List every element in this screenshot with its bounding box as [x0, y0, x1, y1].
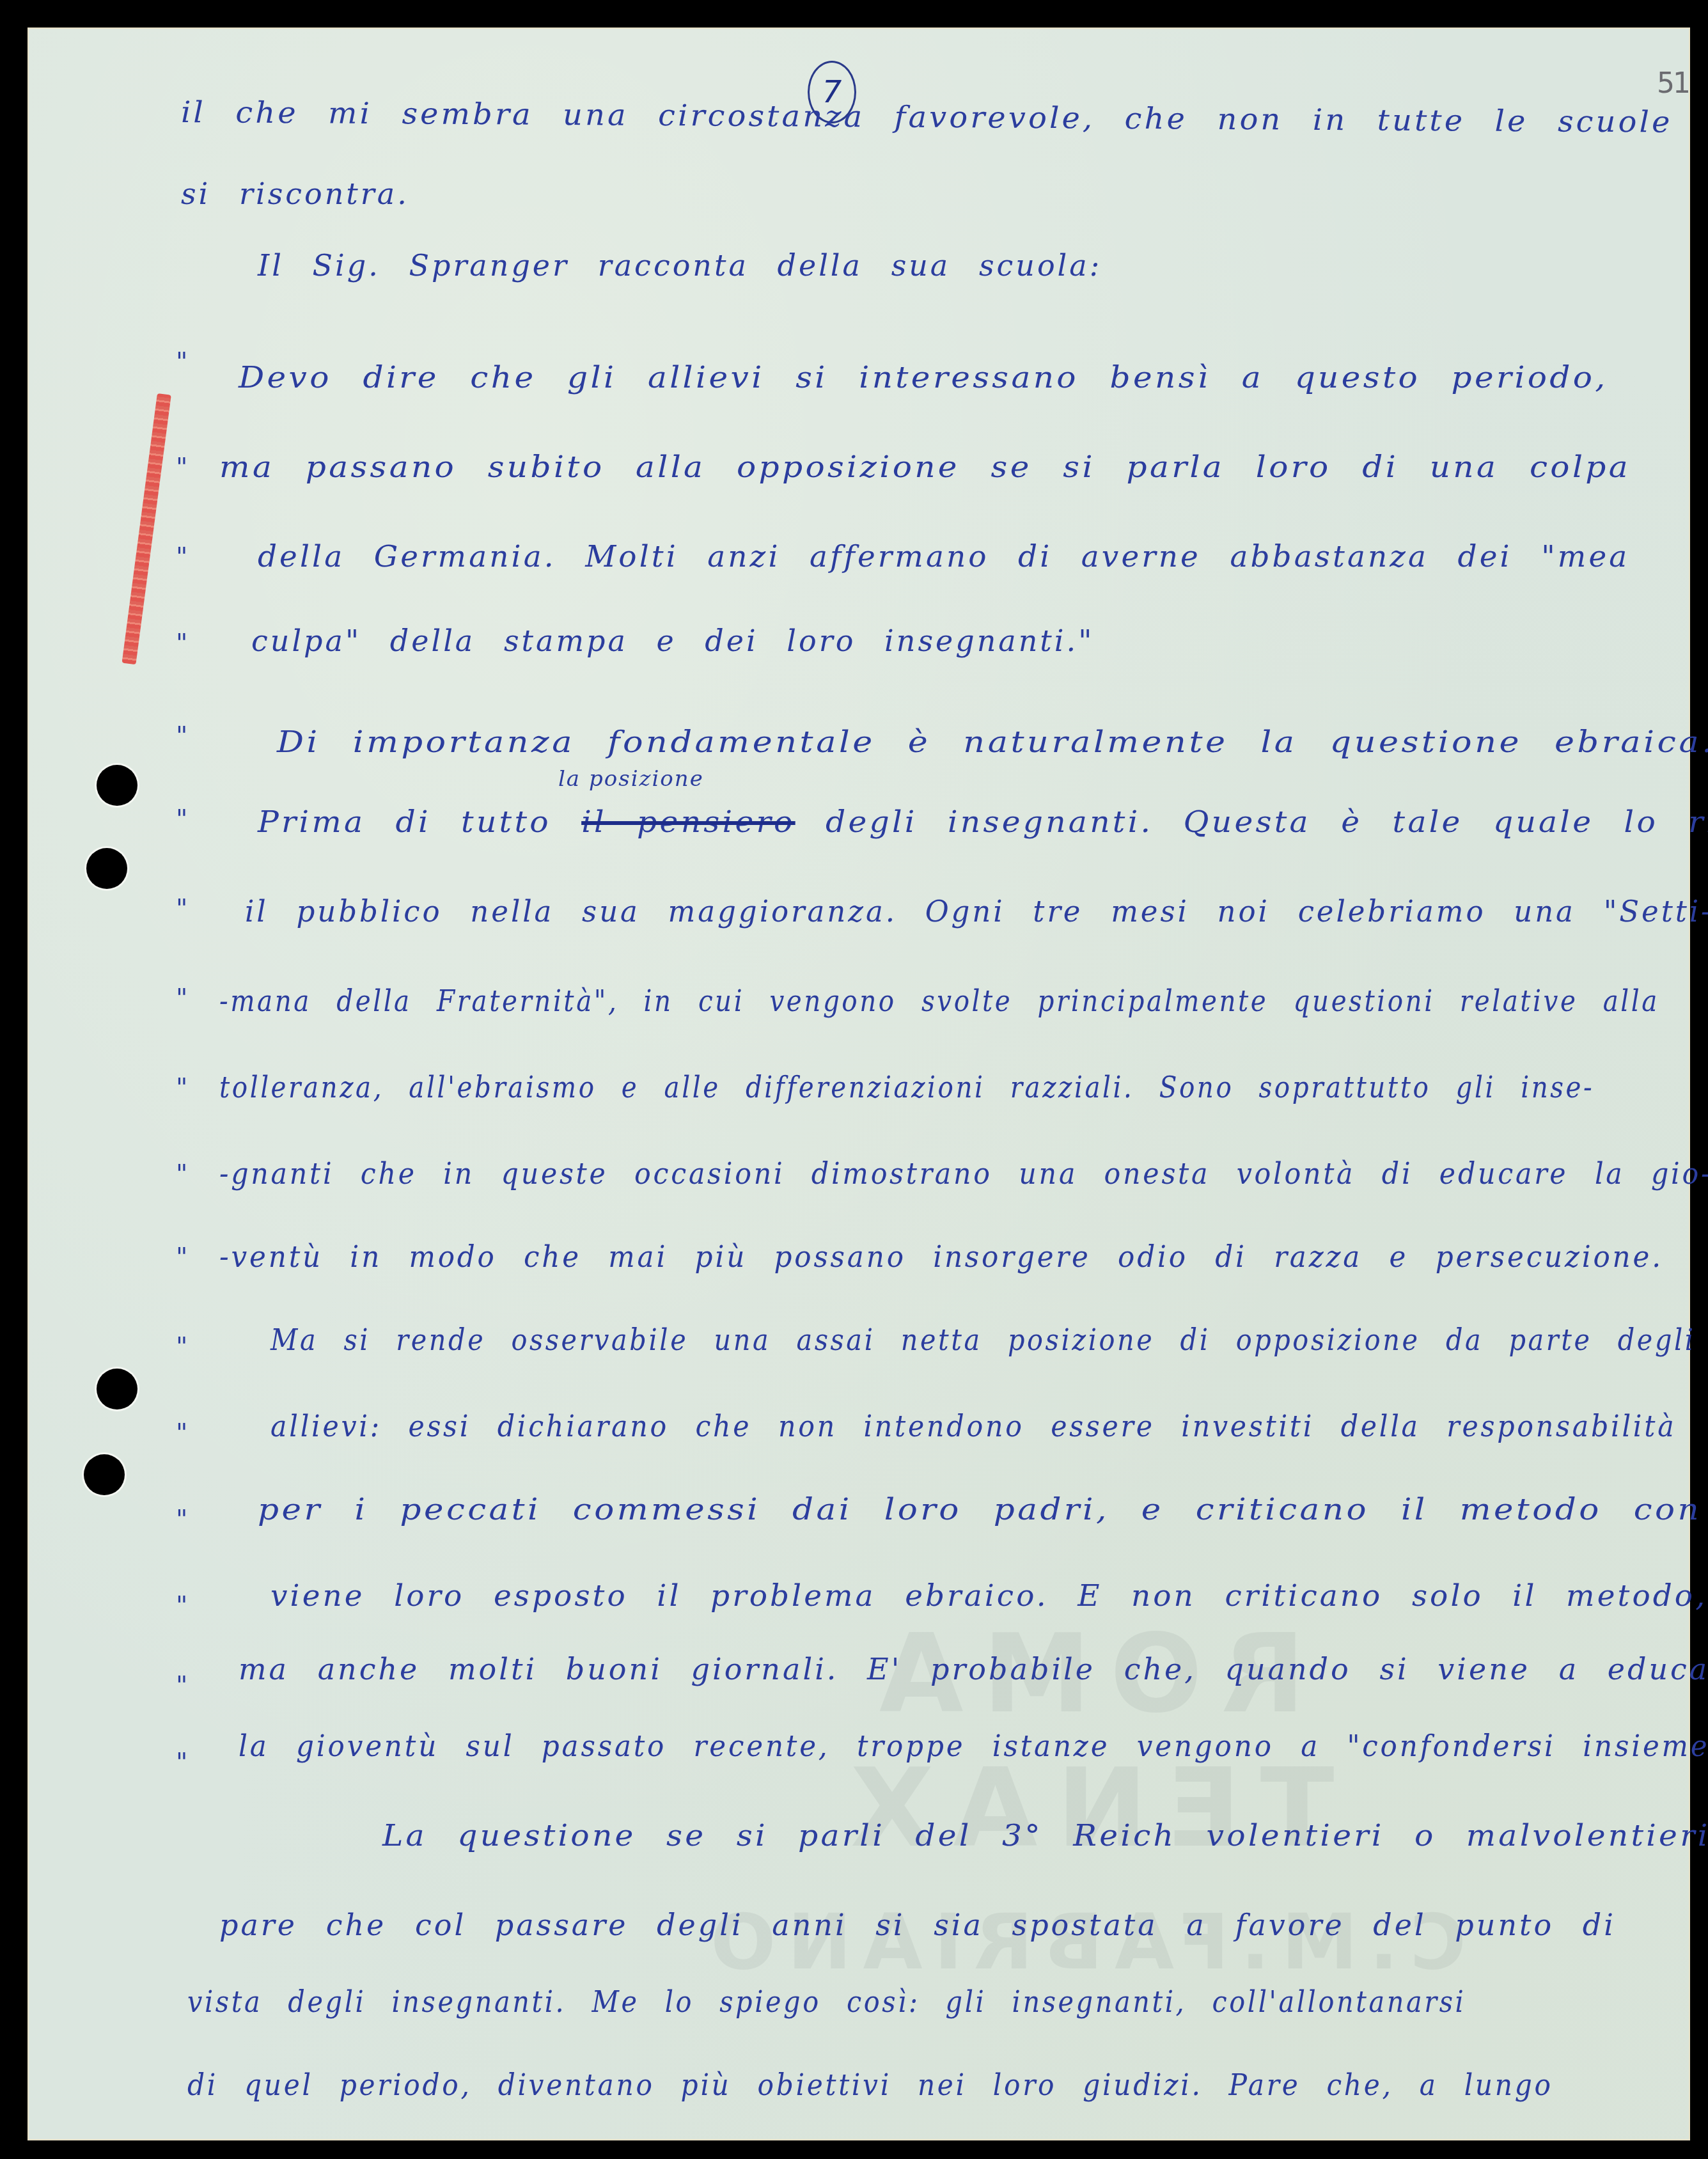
quote-mark: " [176, 1505, 187, 1534]
text-line: viene loro esposto il problema ebraico. … [270, 1578, 1707, 1613]
punch-hole-3 [97, 1369, 137, 1409]
quote-mark: " [176, 542, 187, 572]
text-line: culpa" della stampa e dei loro insegnant… [251, 624, 1094, 658]
text-segment: Prima di tutto [258, 805, 551, 839]
text-line: -ventù in modo che mai più possano insor… [219, 1239, 1663, 1274]
struck-text: il pensiero [581, 805, 795, 839]
quote-mark: " [176, 805, 187, 834]
text-line: -mana della Fraternità", in cui vengono … [219, 984, 1659, 1018]
text-line: di quel periodo, diventano più obiettivi… [187, 2068, 1553, 2102]
quote-mark: " [176, 1159, 187, 1189]
quote-mark: " [176, 1748, 187, 1777]
text-line: Ma si rende osservabile una assai netta … [270, 1323, 1696, 1357]
quote-mark: " [176, 984, 187, 1013]
text-line: Prima di tutto il pensiero degli insegna… [258, 805, 1708, 839]
text-line: per i peccati commessi dai loro padri, e… [258, 1492, 1708, 1527]
text-line: la gioventù sul passato recente, troppe … [239, 1729, 1708, 1763]
quote-mark: " [176, 894, 187, 923]
text-line: il pubblico nella sua maggioranza. Ogni … [245, 894, 1708, 929]
text-line: Devo dire che gli allievi si interessano… [239, 360, 1608, 395]
quote-mark: " [176, 1243, 187, 1272]
text-line: si riscontra. [181, 177, 409, 211]
text-line: -gnanti che in queste occasioni dimostra… [219, 1156, 1708, 1191]
quote-mark: " [176, 1671, 187, 1700]
manuscript-page: ROMA TENAX C.M.FABRIANO 7 51 il che mi s… [27, 27, 1690, 2140]
text-line: La questione se si parli del 3° Reich vo… [382, 1818, 1708, 1853]
text-line: Di importanza fondamentale è naturalment… [277, 725, 1708, 759]
quote-mark: " [176, 1418, 187, 1448]
punch-hole-4 [84, 1454, 125, 1495]
archive-number: 51 [1657, 67, 1689, 100]
text-line: vista degli insegnanti. Me lo spiego cos… [187, 1984, 1466, 2019]
punch-hole-2 [86, 848, 127, 889]
red-margin-mark [122, 393, 171, 664]
text-line: tolleranza, all'ebraismo e alle differen… [219, 1070, 1594, 1104]
quote-mark: " [176, 629, 187, 658]
quote-mark: " [176, 1591, 187, 1621]
text-line: allievi: essi dichiarano che non intendo… [270, 1409, 1676, 1443]
text-line: pare che col passare degli anni si sia s… [219, 1908, 1616, 1942]
quote-mark: " [176, 347, 187, 377]
text-line: della Germania. Molti anzi affermano di … [258, 539, 1629, 574]
text-line: ma passano subito alla opposizione se si… [219, 450, 1631, 484]
quote-mark: " [176, 453, 187, 482]
text-line: il che mi sembra una circostanza favorev… [181, 95, 1673, 139]
text-line: Il Sig. Spranger racconta della sua scuo… [258, 248, 1102, 283]
interlinear-insertion: la posizione [558, 766, 704, 792]
text-segment: degli insegnanti. Questa è tale quale lo… [826, 805, 1708, 839]
quote-mark: " [176, 1073, 187, 1103]
text-line: ma anche molti buoni giornali. E' probab… [239, 1652, 1708, 1686]
quote-mark: " [176, 1332, 187, 1362]
quote-mark: " [176, 721, 187, 751]
punch-hole-1 [97, 765, 137, 806]
